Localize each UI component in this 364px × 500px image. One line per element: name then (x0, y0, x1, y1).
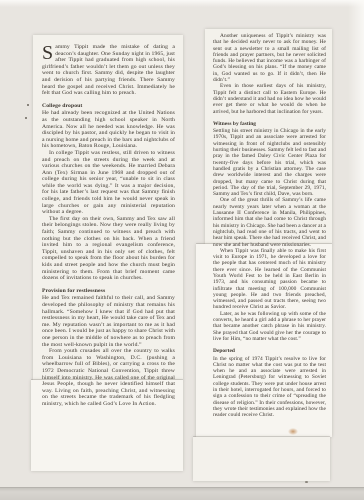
scanned-book-page: Sammy Tippit made the mistake of dating … (0, 0, 364, 500)
paragraph: He had already been recognized at the Un… (42, 110, 175, 150)
paragraph: The first day on their own, Sammy and Te… (42, 216, 175, 282)
paragraph: He and Tex remained faithful to their ca… (42, 295, 175, 348)
stain-mark (288, 428, 298, 435)
paragraph: Sammy Tippit made the mistake of dating … (42, 44, 175, 97)
paragraph: In the spring of 1974 Tippit’s resolve t… (213, 356, 326, 419)
paragraph: Settling his street ministry in Chicago … (213, 128, 326, 197)
section-heading: Witness by fasting (213, 121, 326, 127)
scan-right-edge-highlight (348, 0, 364, 330)
ink-speck (27, 104, 29, 106)
section-heading: Deported (213, 348, 326, 354)
paragraph: Another uniqueness of Tippit’s ministry … (213, 33, 326, 83)
text-column-right: Another uniqueness of Tippit’s ministry … (205, 29, 332, 482)
drop-cap: S (42, 44, 55, 61)
ink-speck (305, 481, 308, 483)
paragraph: In college Tippit was restless, still dr… (42, 150, 175, 216)
paragraph: One of the great thrills of Sammy’s life… (213, 197, 326, 247)
text-column-left: Sammy Tippit made the mistake of dating … (33, 35, 183, 472)
paragraph: From youth crusades all over the country… (42, 348, 175, 407)
paragraph: Later, as he was following up with some … (213, 311, 326, 342)
section-heading: Provision for restlessness (42, 288, 175, 295)
paragraph: Even in those earliest days of his minis… (213, 83, 326, 114)
scan-top-edge (0, 0, 364, 7)
scan-bottom-edge (0, 487, 364, 500)
ink-speck (25, 117, 27, 119)
section-heading: College dropout (42, 103, 175, 110)
paragraph: When Tippit was finally able to make his… (213, 248, 326, 311)
